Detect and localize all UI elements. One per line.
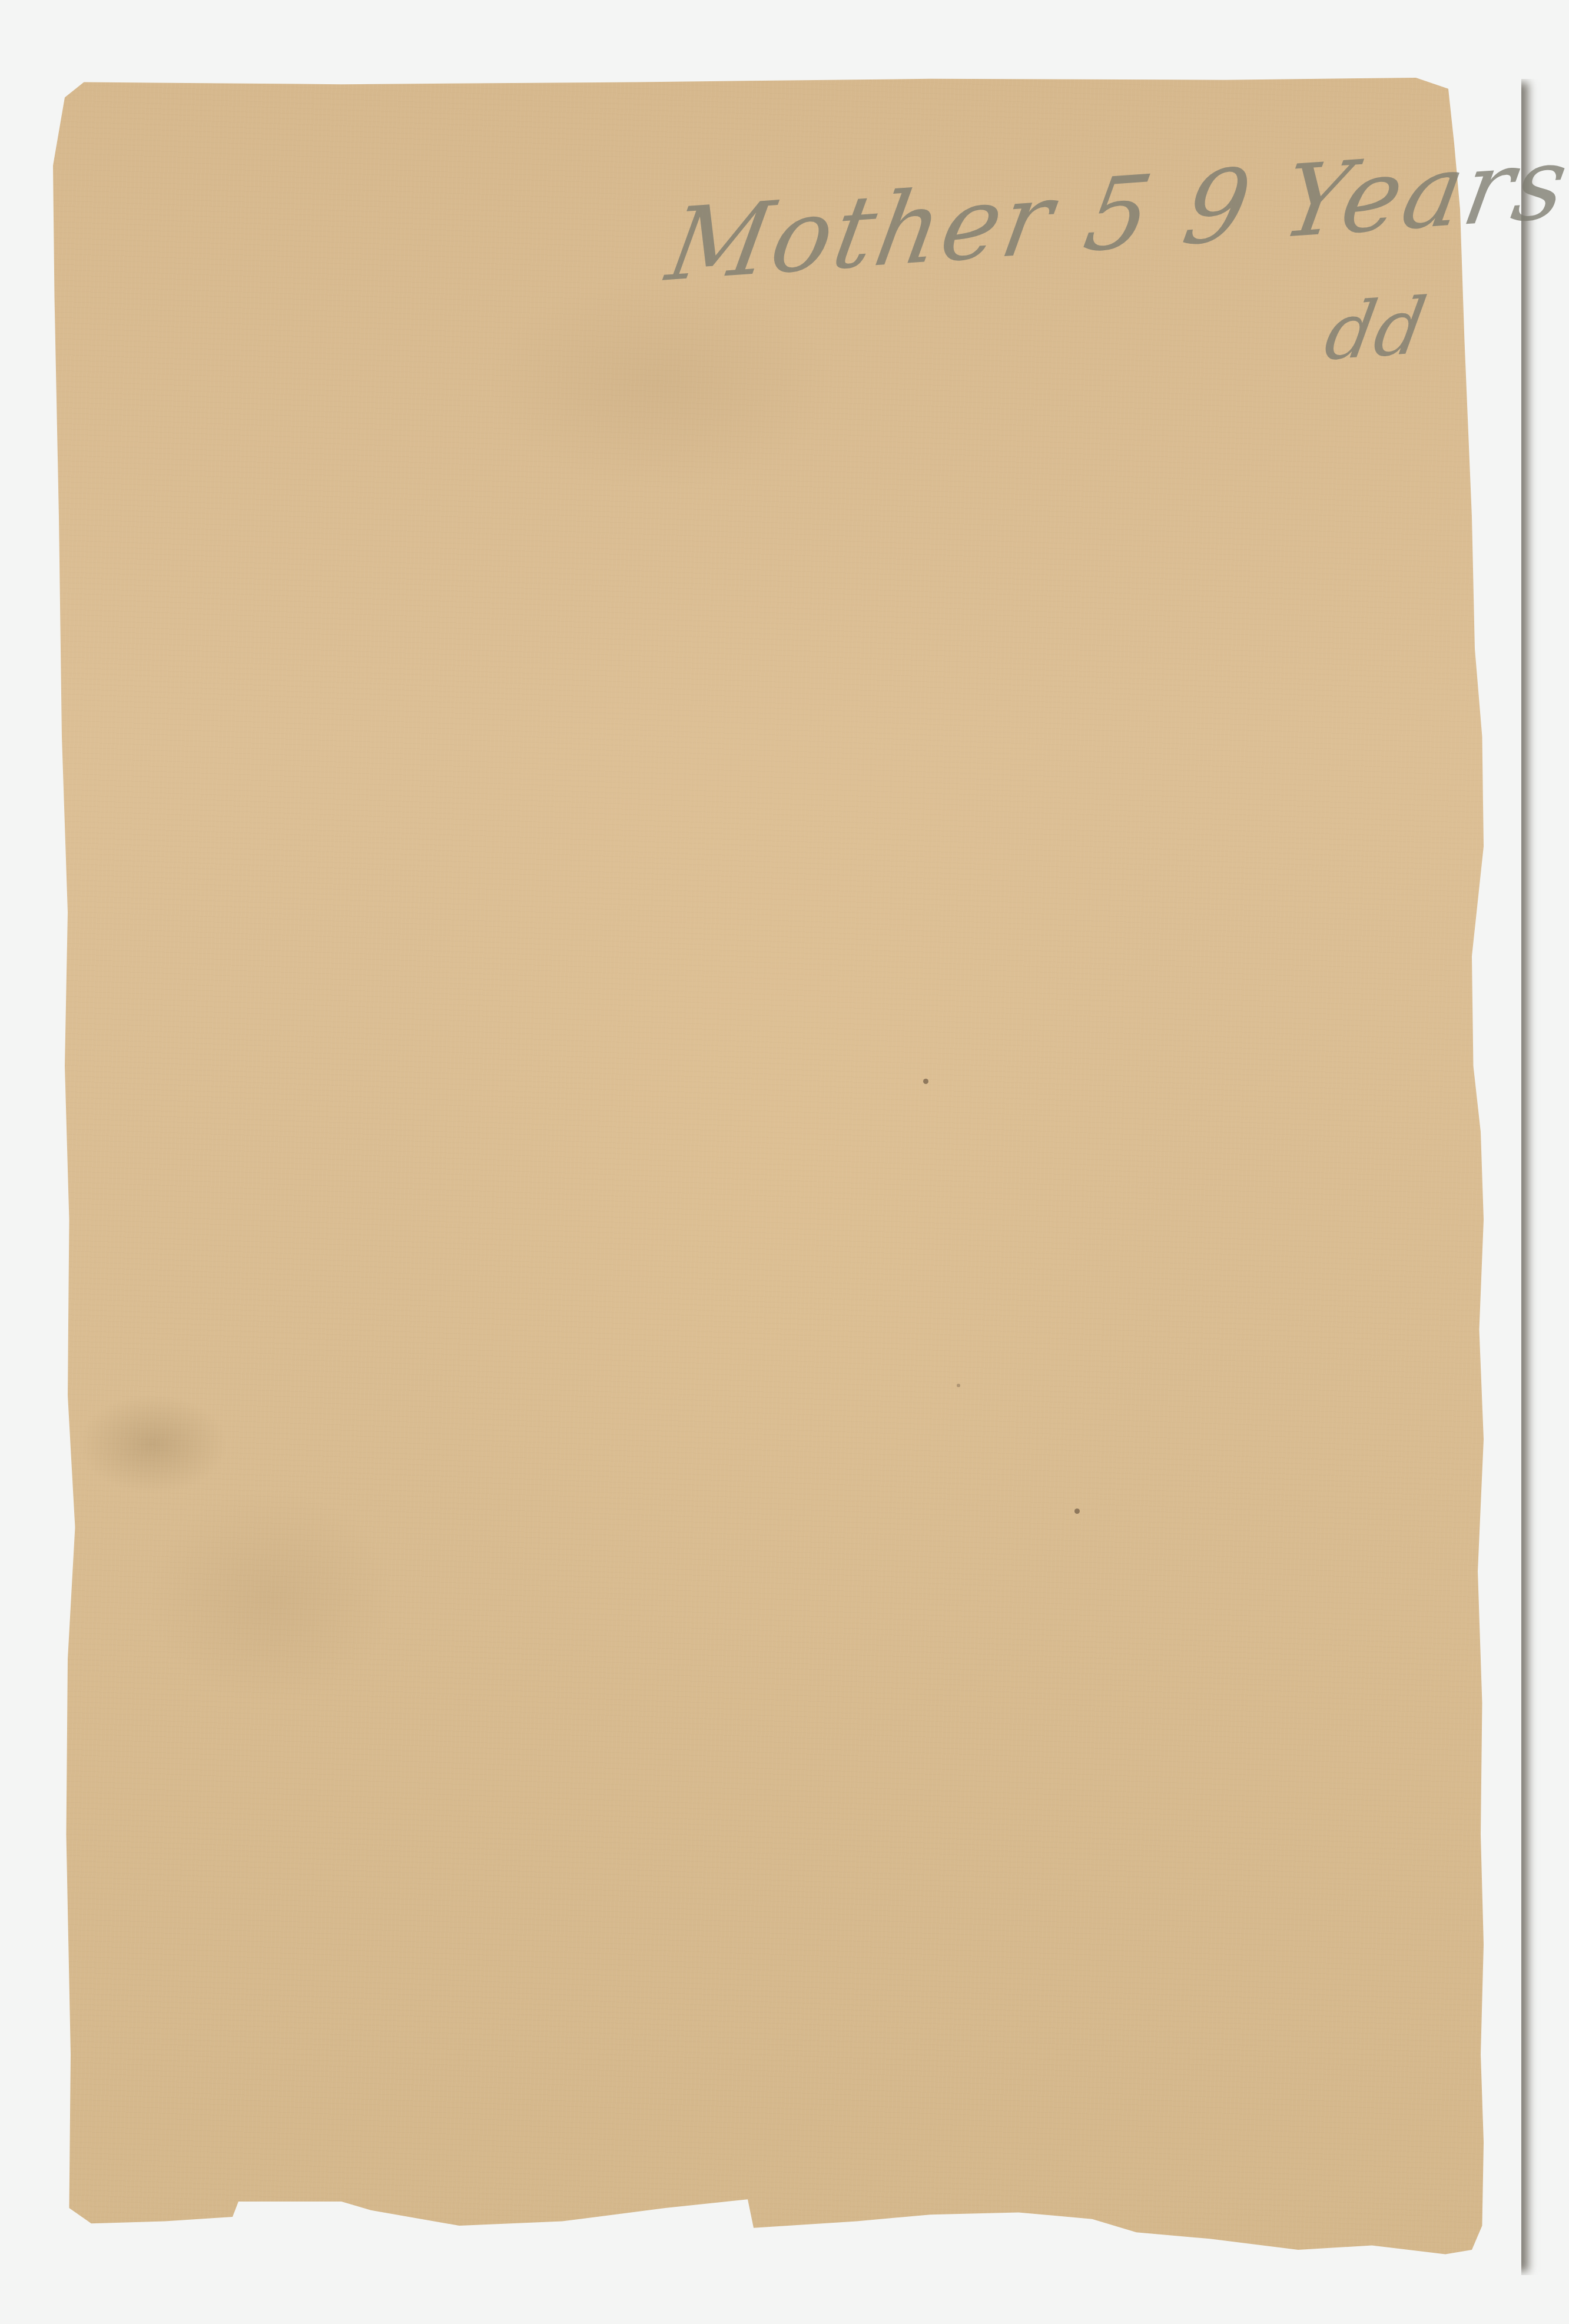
- pencil-inscription-initials: dd: [1319, 280, 1432, 378]
- paper-speck: [923, 1079, 928, 1084]
- paper-speck: [1074, 1509, 1080, 1514]
- paper-texture: [47, 78, 1519, 2274]
- card-back: [47, 78, 1519, 2274]
- paper-speck: [957, 1384, 960, 1387]
